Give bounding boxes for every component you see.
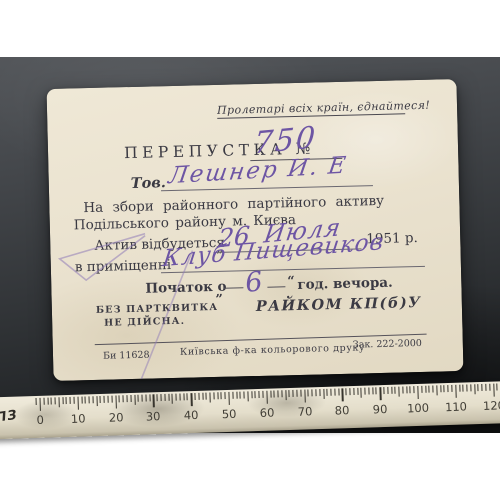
ruler-tick	[225, 392, 226, 399]
ruler-tick	[293, 390, 294, 397]
ruler-tick	[191, 393, 193, 406]
ruler-tick	[349, 388, 350, 395]
ruler-tick	[327, 389, 328, 396]
ruler-tick	[108, 396, 109, 403]
ruler-tick	[463, 385, 464, 392]
ruler-tick	[119, 395, 120, 402]
ruler-tick	[104, 396, 105, 403]
ruler-tick	[202, 393, 203, 400]
ruler-tick	[485, 384, 486, 391]
ruler-tick	[478, 384, 479, 391]
ruler-tick	[100, 396, 101, 403]
ruler-tick	[444, 385, 445, 392]
ruler-tick	[142, 395, 143, 402]
ruler-tick	[262, 391, 263, 398]
ruler-tick	[255, 391, 256, 398]
ruler-tick	[391, 387, 392, 394]
ruler-tick	[115, 395, 117, 408]
ruler-marking: КПЗ	[0, 408, 19, 427]
ruler-tick	[417, 386, 419, 399]
ruler-tick	[406, 386, 407, 393]
ruler-tick	[296, 390, 297, 397]
ruler-tick	[244, 391, 245, 398]
ruler-tick	[51, 398, 52, 405]
ruler-tick	[315, 389, 316, 396]
ruler-number: 60	[259, 405, 274, 420]
ruler-tick	[168, 394, 169, 401]
ruler-tick	[149, 394, 150, 401]
ruler-tick	[448, 385, 449, 392]
ruler-tick	[474, 384, 475, 394]
ruler-tick	[338, 388, 339, 395]
ruler-tick	[470, 384, 471, 391]
ruler-tick	[346, 388, 347, 395]
ruler-tick	[43, 398, 44, 405]
ruler-number: 40	[184, 408, 199, 423]
ruler-tick	[74, 397, 75, 404]
ruler-tick	[312, 389, 313, 396]
ruler-tick	[47, 398, 48, 405]
ruler-tick	[372, 387, 373, 394]
ruler-tick	[58, 397, 59, 407]
ruler-tick	[62, 397, 63, 404]
ruler-tick	[398, 387, 399, 397]
ruler-number: 90	[373, 402, 388, 417]
ruler-tick	[425, 386, 426, 393]
ruler-tick	[153, 394, 155, 407]
ruler-number: 20	[108, 410, 123, 425]
ruler-tick	[176, 394, 177, 401]
ruler-tick	[361, 388, 362, 398]
ruler-tick	[455, 385, 457, 398]
ruler-number: 10	[70, 411, 85, 426]
ruler-tick	[402, 386, 403, 393]
ruler-tick	[436, 385, 437, 395]
ruler-number: 120	[482, 398, 500, 413]
ruler-tick	[247, 391, 248, 401]
ruler-tick	[410, 386, 411, 393]
ruler-tick	[172, 394, 173, 404]
ruler-tick	[353, 388, 354, 395]
ruler-tick	[285, 390, 286, 400]
ruler-tick	[304, 390, 306, 403]
ruler-tick	[274, 390, 275, 397]
ruler-tick	[357, 388, 358, 395]
ruler-tick	[217, 392, 218, 399]
ruler-tick	[77, 397, 79, 410]
ruler-tick	[179, 393, 180, 400]
ruler-tick	[380, 387, 382, 400]
ruler-tick	[281, 390, 282, 397]
ruler-tick	[138, 395, 139, 402]
ruler-tick	[126, 395, 127, 402]
ruler-tick	[482, 384, 483, 391]
ruler-tick	[266, 391, 268, 404]
ruler-tick	[489, 384, 490, 391]
ruler-number: 30	[146, 409, 161, 424]
ruler-tick	[323, 389, 324, 399]
ruler-tick	[414, 386, 415, 393]
ruler-number: 70	[297, 404, 312, 419]
ruler-tick	[466, 384, 467, 391]
ruler-number: 0	[36, 413, 44, 427]
ruler-tick	[194, 393, 195, 400]
ruler-tick	[111, 396, 112, 403]
ruler-tick	[429, 386, 430, 393]
ruler-tick	[134, 395, 135, 405]
ruler-tick	[459, 385, 460, 392]
ruler-tick	[387, 387, 388, 394]
ruler-tick	[236, 392, 237, 399]
pass-card: Пролетарі всіх країн, єднайтеся! ПЕРЕПУС…	[46, 79, 463, 381]
ruler-tick	[440, 385, 441, 392]
ruler-tick	[251, 391, 252, 398]
ruler-tick	[259, 391, 260, 398]
ruler-tick	[493, 384, 495, 397]
ruler-tick	[383, 387, 384, 394]
ruler-tick	[210, 393, 211, 403]
ruler-tick	[160, 394, 161, 401]
ruler-tick	[342, 388, 344, 401]
ruler-tick	[213, 392, 214, 399]
ruler-tick	[130, 395, 131, 402]
ruler-tick	[334, 389, 335, 396]
ruler-number: 50	[222, 407, 237, 422]
ruler-tick	[187, 393, 188, 400]
ruler-tick	[451, 385, 452, 392]
ruler-tick	[300, 390, 301, 397]
ruler-tick	[96, 396, 97, 406]
ruler-tick	[198, 393, 199, 400]
ruler-tick	[278, 390, 279, 397]
ruler-tick	[89, 396, 90, 403]
ruler-tick	[81, 397, 82, 404]
ruler-tick	[206, 393, 207, 400]
ruler-tick	[368, 388, 369, 395]
ruler-tick	[40, 398, 42, 411]
ruler-tick	[289, 390, 290, 397]
pencil-marks	[46, 79, 463, 381]
ruler-tick	[70, 397, 71, 404]
ruler-tick	[123, 395, 124, 402]
ruler-tick	[55, 397, 56, 404]
photo-stage: Пролетарі всіх країн, єднайтеся! ПЕРЕПУС…	[0, 0, 500, 500]
ruler-tick	[308, 389, 309, 396]
ruler-number: 100	[407, 401, 429, 416]
ruler-number: 80	[335, 403, 350, 418]
ruler-tick	[145, 395, 146, 402]
ruler-tick	[270, 391, 271, 398]
ruler-tick	[183, 393, 184, 400]
ruler-tick	[36, 398, 37, 405]
ruler-tick	[66, 397, 67, 404]
ruler-tick	[364, 388, 365, 395]
ruler-tick	[330, 389, 331, 396]
ruler-tick	[421, 386, 422, 393]
ruler-tick	[232, 392, 233, 399]
ruler-tick	[240, 392, 241, 399]
ruler-tick	[432, 386, 433, 393]
ruler-tick	[228, 392, 230, 405]
ruler-tick	[85, 396, 86, 403]
ruler-tick	[164, 394, 165, 401]
ruler-tick	[376, 387, 377, 394]
ruler-tick	[395, 387, 396, 394]
ruler-tick	[157, 394, 158, 401]
ruler-tick	[92, 396, 93, 403]
ruler-tick	[497, 383, 498, 390]
ruler-number: 110	[445, 399, 467, 414]
ruler-tick	[221, 392, 222, 399]
ruler-tick	[319, 389, 320, 396]
